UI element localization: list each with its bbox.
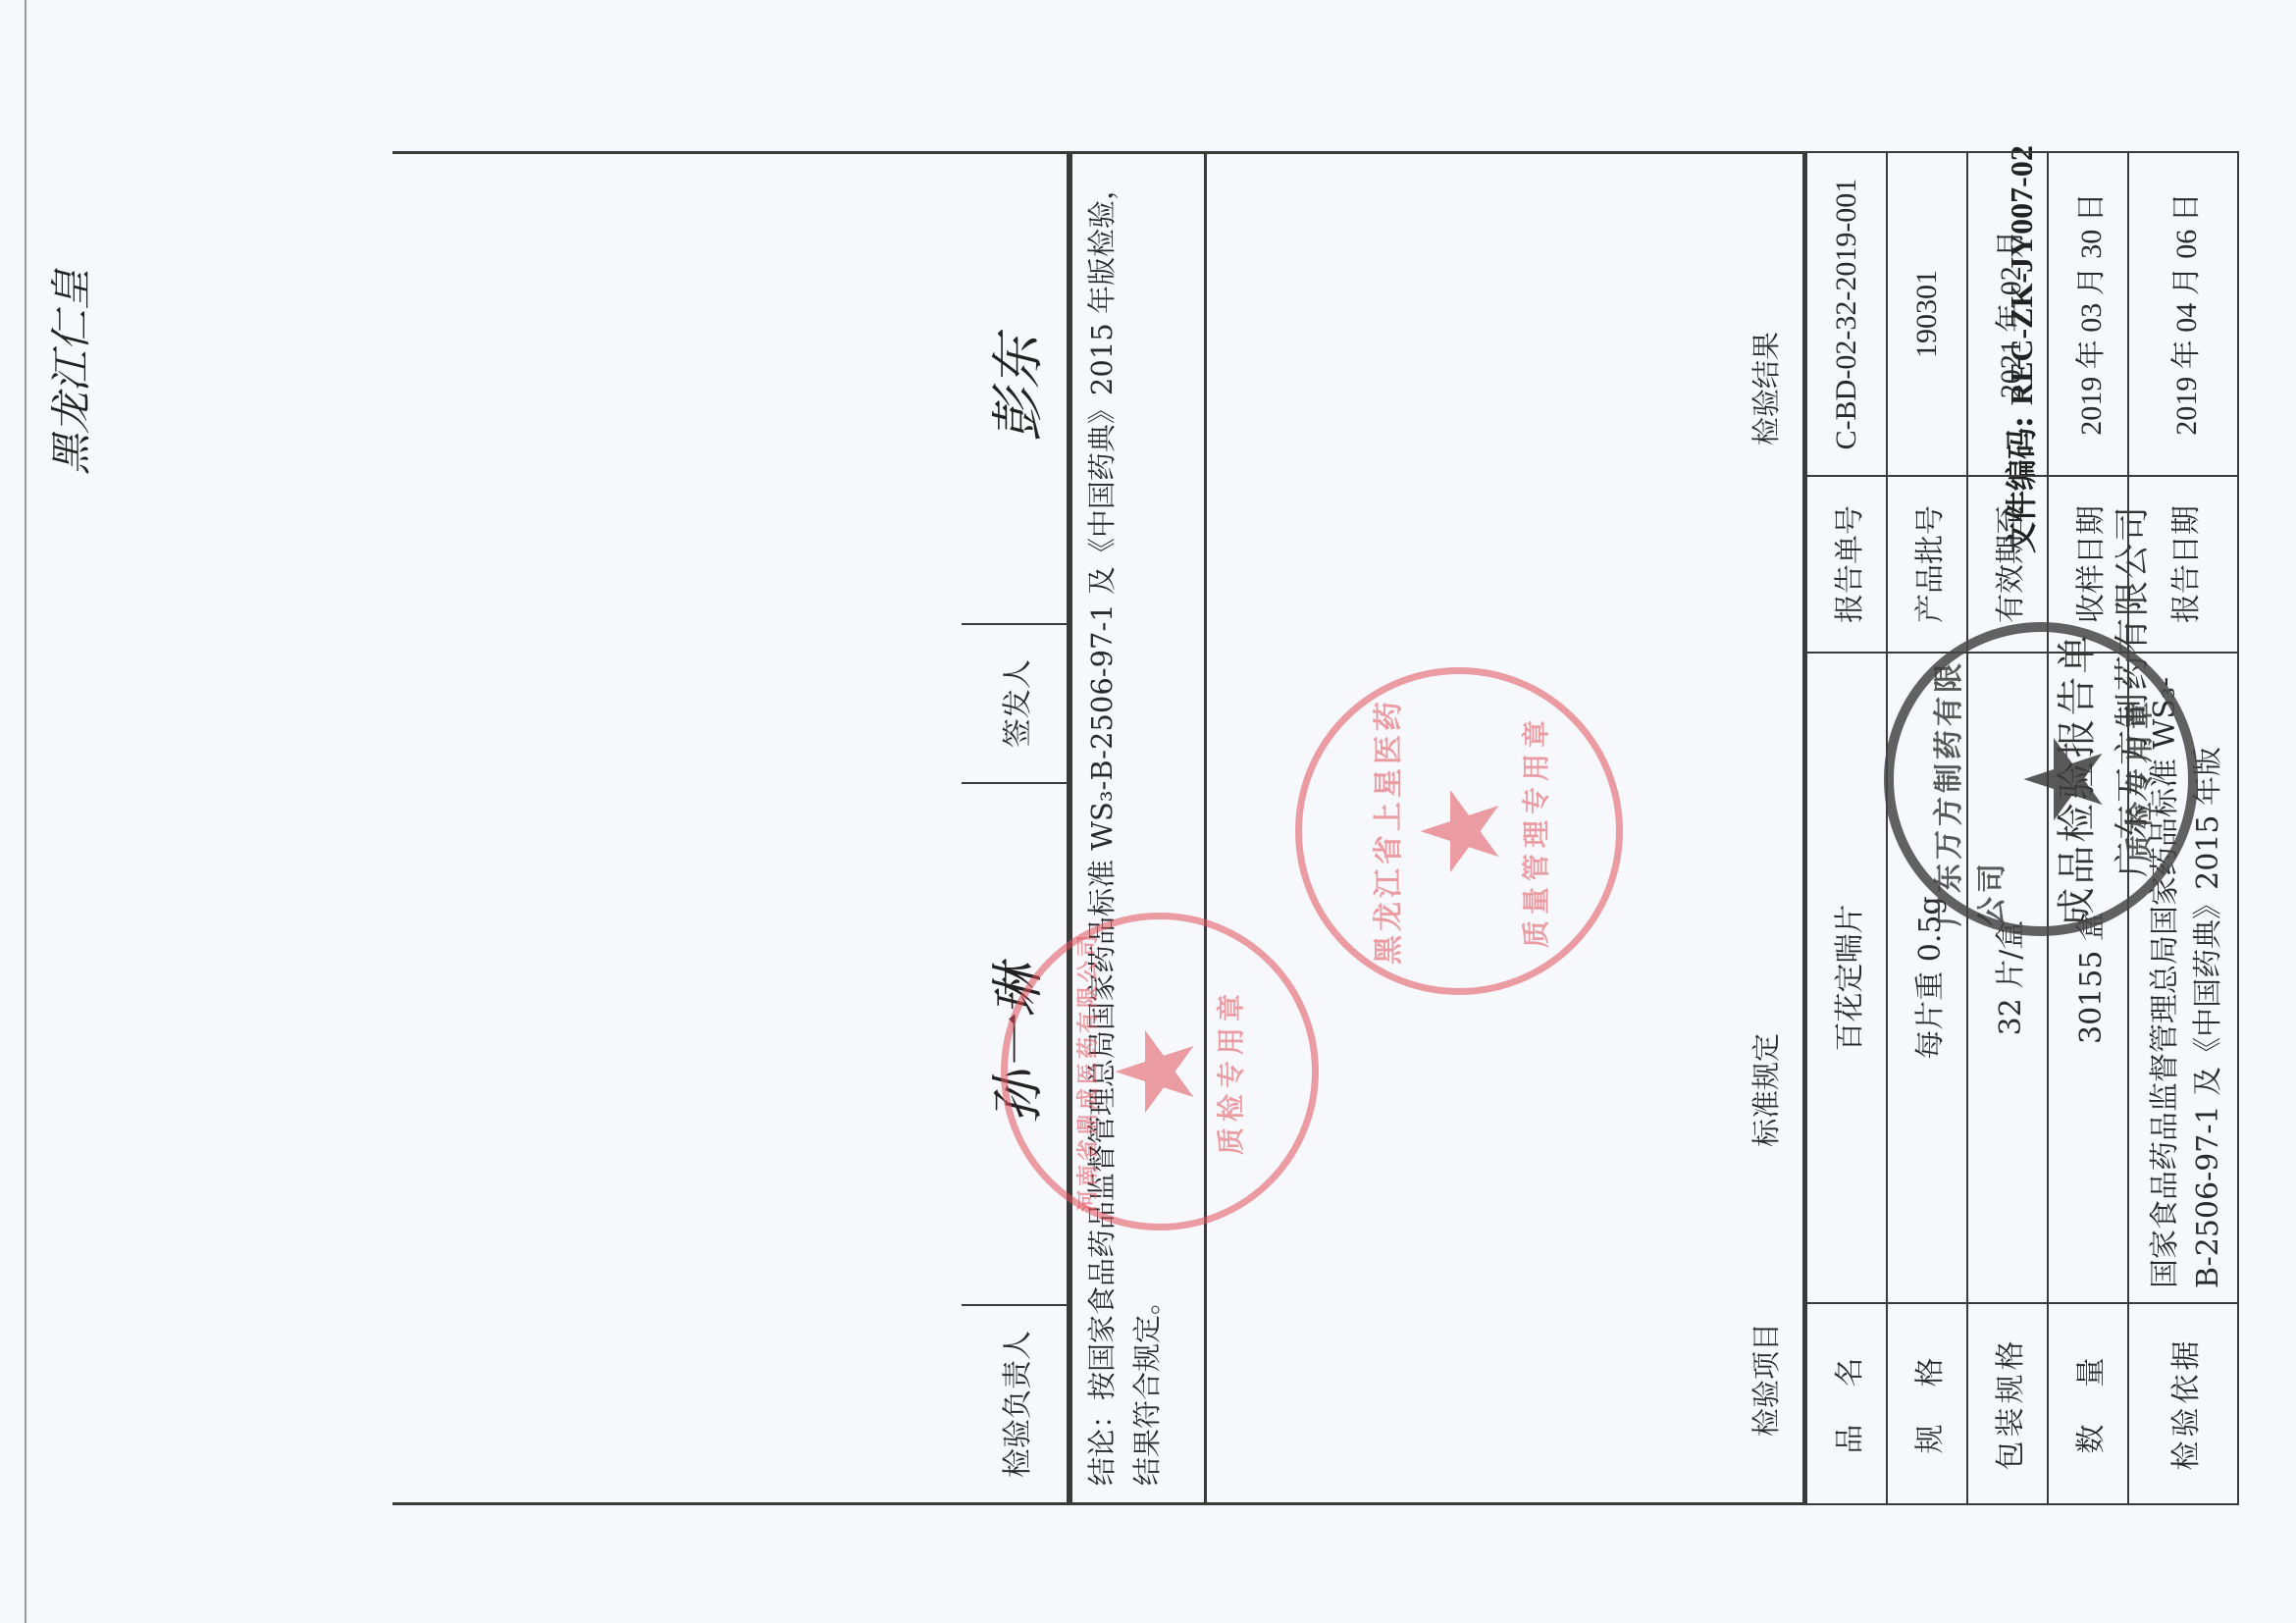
sample-date-value: 2019 年 03 月 30 日 xyxy=(2048,152,2128,476)
issuer-label: 签发人 xyxy=(962,623,1067,782)
star-icon: ★ xyxy=(1407,783,1515,880)
issuer-signature: 彭东 xyxy=(962,154,1067,623)
signature-row: 检验负责人 孙一琳 签发人 彭东 xyxy=(962,151,1070,1505)
basis-label: 检验依据 xyxy=(2128,1303,2238,1504)
spec-label: 规 格 xyxy=(1887,1303,1967,1504)
stamp-sub-text: 质量管理专用章 xyxy=(1515,714,1554,948)
report-no-value: C-BD-02-32-2019-001 xyxy=(1806,152,1887,476)
red-qc-stamp-2: 河南省鼎成医药有限公司 ★ 质检专用章 xyxy=(1001,913,1319,1230)
quantity-label: 数 量 xyxy=(2048,1303,2128,1504)
conclusion-text: 结论：按国家食品药品监督管理总局国家药品标准 WS₃-B-2506-97-1 及… xyxy=(1079,171,1170,1486)
star-icon: ★ xyxy=(2010,731,2118,828)
batch-label: 产品批号 xyxy=(1887,476,1967,653)
report-date-value: 2019 年 04 月 06 日 xyxy=(2128,152,2238,476)
batch-value: 190301 xyxy=(1887,152,1967,476)
column-header-result: 检验结果 xyxy=(1742,151,1791,445)
star-icon: ★ xyxy=(1102,1023,1210,1121)
stamp-sub-text: 质检专用章 xyxy=(2118,696,2158,863)
report-no-label: 报告单号 xyxy=(1806,476,1887,653)
inspection-report-page: 广东万方制药有限公司 成品检验报告单 文件编码: REC-ZK-JY007-02… xyxy=(0,0,2296,1623)
issuer-signature-ink: 彭东 xyxy=(976,336,1052,442)
stamp-ring-text: 广东万方制药有限公司 xyxy=(1924,632,2010,926)
info-row: 品 名 百花定喘片 报告单号 C-BD-02-32-2019-001 xyxy=(1806,152,1887,1504)
stamp-sub-text: 质检专用章 xyxy=(1210,988,1249,1155)
column-header-standard: 标准规定 xyxy=(1742,460,1791,1147)
packing-label: 包装规格 xyxy=(1967,1303,2048,1504)
red-qc-stamp-1: 黑龙江省上星医药 ★ 质量管理专用章 xyxy=(1295,667,1623,995)
expiry-value: 2021 年 02 月 xyxy=(1967,152,2048,476)
product-name-value: 百花定喘片 xyxy=(1806,653,1887,1303)
inspector-label: 检验负责人 xyxy=(962,1304,1067,1502)
handwritten-margin-note: 黑龙江仁皇 xyxy=(39,269,98,475)
column-header-item: 检验项目 xyxy=(1742,1142,1791,1437)
product-name-label: 品 名 xyxy=(1806,1303,1887,1504)
scan-edge-line xyxy=(25,0,26,1623)
report-date-label: 报告日期 xyxy=(2128,476,2238,653)
company-qc-stamp: 广东万方制药有限公司 ★ 质检专用章 xyxy=(1884,622,2198,936)
